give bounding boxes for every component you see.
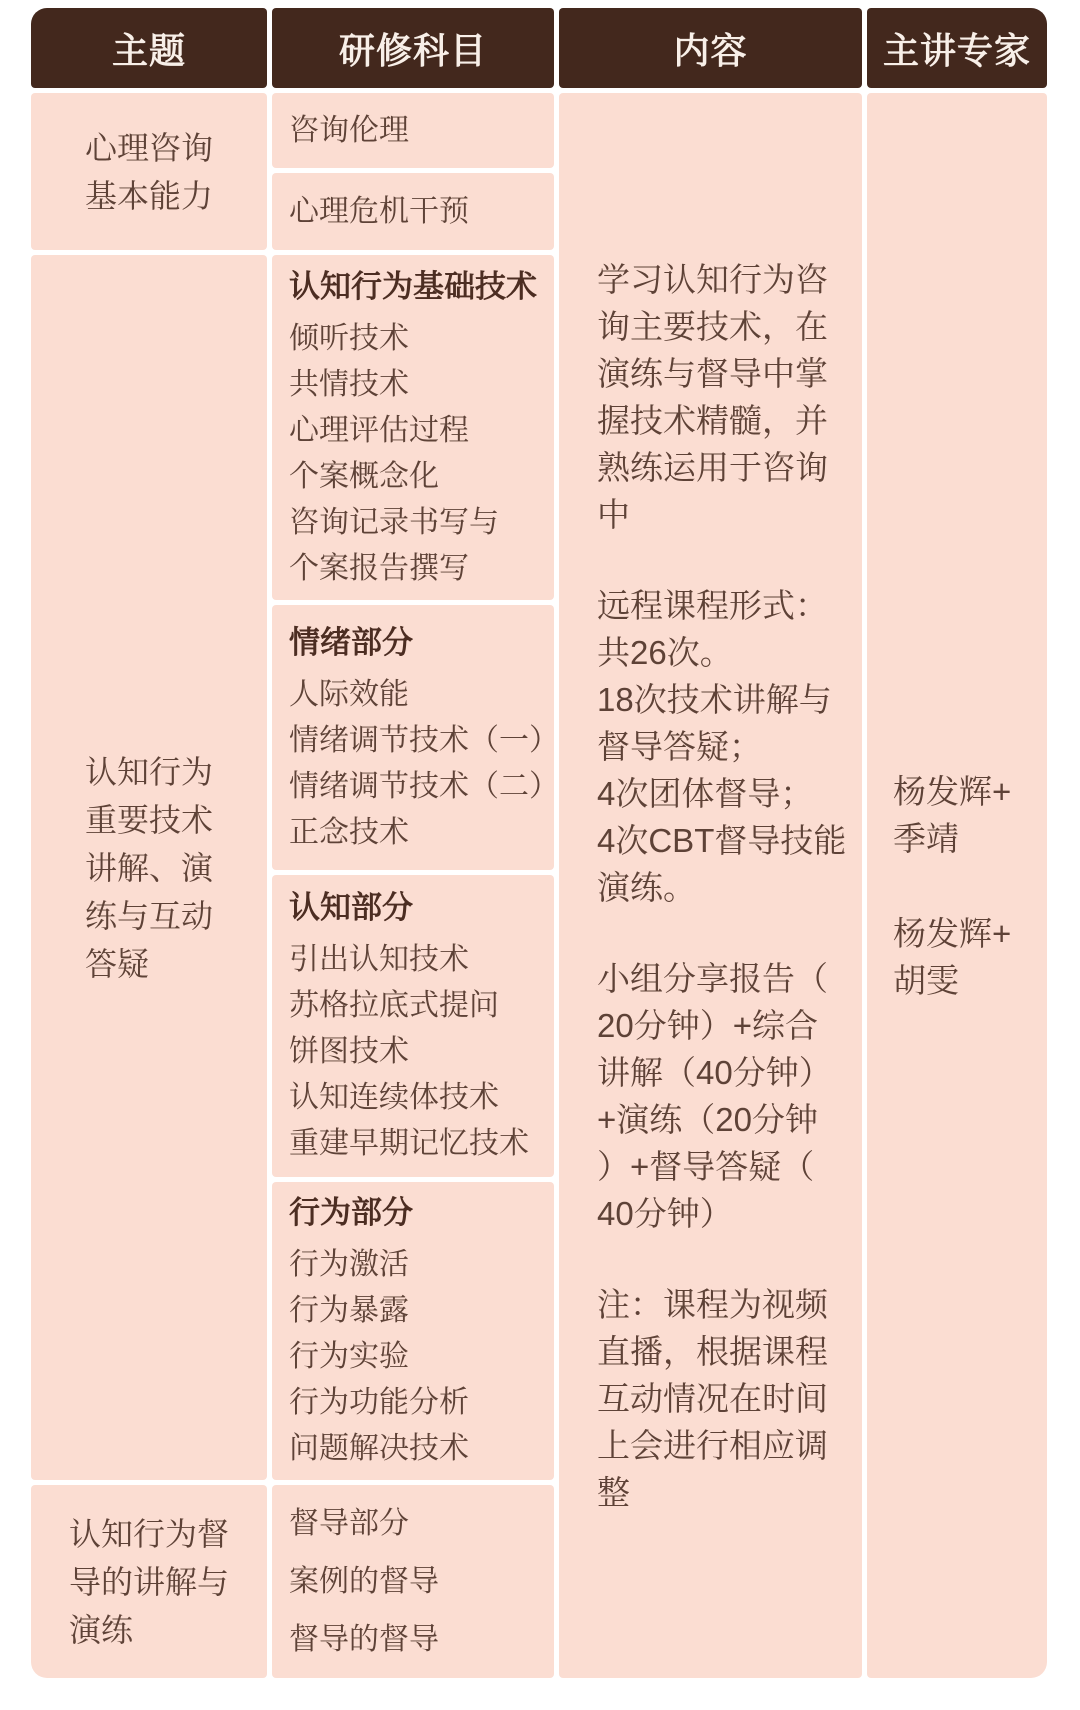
subject-items: 督导部分 案例的督导 督导的督导 <box>289 1495 554 1669</box>
expert-entry: 杨发辉+ 胡雯 <box>893 910 1047 1004</box>
curriculum-table: 主题 研修科目 内容 主讲专家 心理咨询 基本能力 认知行为 重要技术 讲解、演… <box>31 8 1047 1678</box>
subject-cell-behavior: 行为部分 行为激活 行为暴露 行为实验 行为功能分析 问题解决技术 <box>272 1182 554 1480</box>
content-paragraph-session-structure: 小组分享报告（ 20分钟）+综合 讲解（40分钟） +演练（20分钟 ）+督导答… <box>597 955 846 1237</box>
theme-cell-key-techniques: 认知行为 重要技术 讲解、演 练与互动 答疑 <box>31 255 267 1480</box>
header-experts: 主讲专家 <box>867 8 1047 88</box>
subject-cell-ethics: 咨询伦理 <box>272 93 554 168</box>
subject-items: 心理危机干预 <box>289 189 554 235</box>
header-content: 内容 <box>559 8 862 88</box>
theme-cell-basic-skills: 心理咨询 基本能力 <box>31 93 267 250</box>
content-paragraph-note: 注：课程为视频 直播，根据课程 互动情况在时间 上会进行相应调 整 <box>597 1281 846 1516</box>
experts-cell: 杨发辉+ 季靖 杨发辉+ 胡雯 <box>867 93 1047 1678</box>
header-subjects: 研修科目 <box>272 8 554 88</box>
theme-cell-supervision: 认知行为督 导的讲解与 演练 <box>31 1485 267 1678</box>
content-paragraph-goal: 学习认知行为咨 询主要技术，在 演练与督导中掌 握技术精髓，并 熟练运用于咨询 … <box>597 256 846 538</box>
header-theme: 主题 <box>31 8 267 88</box>
subject-section-title: 行为部分 <box>289 1190 554 1236</box>
subject-items: 倾听技术 共情技术 心理评估过程 个案概念化 咨询记录书写与 个案报告撰写 <box>289 316 554 592</box>
subject-items: 行为激活 行为暴露 行为实验 行为功能分析 问题解决技术 <box>289 1242 554 1472</box>
subject-section-title: 认知行为基础技术 <box>289 264 554 310</box>
subject-cell-supervision: 督导部分 案例的督导 督导的督导 <box>272 1485 554 1678</box>
subject-cell-cognition: 认知部分 引出认知技术 苏格拉底式提问 饼图技术 认知连续体技术 重建早期记忆技… <box>272 875 554 1177</box>
subject-cell-cbt-basics: 认知行为基础技术 倾听技术 共情技术 心理评估过程 个案概念化 咨询记录书写与 … <box>272 255 554 600</box>
subject-cell-emotion: 情绪部分 人际效能 情绪调节技术（一） 情绪调节技术（二） 正念技术 <box>272 605 554 870</box>
subject-items: 人际效能 情绪调节技术（一） 情绪调节技术（二） 正念技术 <box>289 672 554 856</box>
subject-section-title: 认知部分 <box>289 885 554 931</box>
content-paragraph-format: 远程课程形式： 共26次。 18次技术讲解与 督导答疑； 4次团体督导； 4次C… <box>597 582 846 911</box>
subject-cell-crisis: 心理危机干预 <box>272 173 554 250</box>
expert-entry: 杨发辉+ 季靖 <box>893 768 1047 862</box>
content-cell: 学习认知行为咨 询主要技术，在 演练与督导中掌 握技术精髓，并 熟练运用于咨询 … <box>559 93 862 1678</box>
subject-section-title: 情绪部分 <box>289 620 554 666</box>
subject-items: 引出认知技术 苏格拉底式提问 饼图技术 认知连续体技术 重建早期记忆技术 <box>289 937 554 1167</box>
subject-items: 咨询伦理 <box>289 108 554 154</box>
